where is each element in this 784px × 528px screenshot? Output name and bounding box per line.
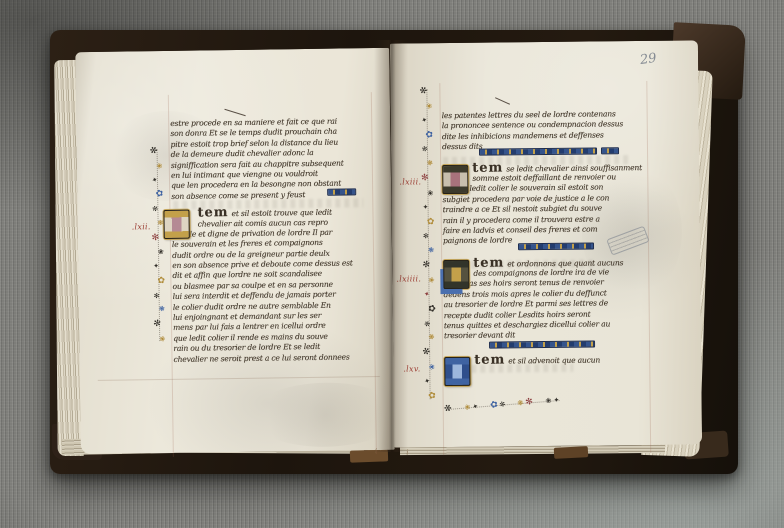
vine-sprig-icon: ✿ [158, 277, 166, 286]
illuminated-initial-icon [443, 259, 469, 288]
right-intro-text: les patentes lettres du seel de lordre c… [442, 109, 646, 153]
vine-sprig-icon: ❀ [427, 190, 433, 197]
manuscript-line: temet sil advenoit que aucun [444, 354, 648, 367]
vine-sprig-icon: ❀ [159, 335, 166, 343]
vine-sprig-icon: ✿ [425, 130, 435, 141]
item-display-word: tem [474, 352, 505, 367]
vine-sprig-icon: ✦ [153, 263, 159, 270]
vine-sprig-icon: ❀ [428, 277, 435, 285]
vine-sprig-icon: ✻ [422, 347, 432, 358]
vine-sprig-icon: ✿ [427, 304, 437, 315]
line-filler-bar [327, 188, 356, 195]
section-lxv: temet sil advenoit que aucun [444, 354, 648, 367]
section-lxiii-body: rendre ledit colier le souverain sil est… [442, 182, 647, 246]
vine-sprig-icon: ✻ [422, 261, 431, 271]
vine-sprig-icon: ✦ [423, 204, 429, 211]
vine-sprig-icon: ✿ [428, 391, 437, 401]
line-text: se ledit chevalier ainsi souffisanment [506, 163, 642, 173]
vine-sprig-icon: ✻ [421, 146, 428, 154]
vine-sprig-icon: ❀ [158, 249, 164, 256]
vine-sprig-icon: ✦ [423, 290, 431, 298]
line-text: et sil estoit trouve que ledit [231, 208, 331, 218]
chapter-number-lxii: .lxii. [132, 223, 151, 231]
vine-sprig-icon: ✻ [423, 233, 429, 240]
section-lxii-body: chable et digne de privation de lordre I… [172, 227, 376, 365]
vine-sprig-icon: ✻ [153, 293, 159, 300]
section-lxiii: temse ledit chevalier ainsi souffisanmen… [442, 162, 647, 247]
vine-sprig-icon: ✻ [153, 320, 162, 330]
line-filler-bar [489, 340, 595, 348]
quire-mark: i [406, 449, 408, 456]
illuminated-initial-icon [163, 210, 189, 239]
vine-sprig-icon: ❃ [427, 160, 434, 168]
vine-sprig-icon: ✦ [424, 377, 432, 385]
vine-sprig-icon: ❃ [158, 306, 165, 314]
vine-sprig-icon: ❃ [428, 247, 435, 255]
line-filler-bar [479, 147, 597, 155]
section-lxiiii: temet ordonnons que quant aucuns des com… [443, 257, 648, 342]
section-lxii: temet sil estoit trouve que ledit cheval… [171, 206, 375, 365]
vine-sprig-icon: ✻ [152, 206, 159, 214]
chapter-number-lxv: .lxv. [403, 365, 420, 373]
vine-sprig-icon: ❀ [425, 102, 433, 111]
left-page: estre procede en sa maniere et fait ce q… [75, 48, 395, 454]
vine-border-right-page: ✻❀✦✿✻❃✻❀✦✿✻❃✻❀✦✿✻❃✻❀✦✿ [418, 87, 437, 401]
line-filler-bar [601, 147, 619, 154]
line-filler-bar [518, 242, 594, 249]
section-lxiiii-body: a trespas ses hoirs seront tenus de renv… [443, 277, 648, 341]
folio-number: 29 [639, 52, 657, 67]
vine-sprig-icon: ❀ [428, 363, 436, 372]
right-page: 29 les patentes lettres du seel de lordr… [390, 40, 702, 447]
chapter-number-lxiii: .lxiii. [399, 178, 421, 186]
vine-sprig-icon: ✻ [421, 174, 430, 184]
smudge-stain [250, 382, 401, 448]
vine-sprig-icon: ✦ [421, 116, 429, 125]
vine-sprig-icon: ✻ [423, 320, 431, 329]
vine-sprig-icon: ❃ [428, 334, 436, 343]
left-text-column: estre procede en sa maniere et fait ce q… [170, 116, 375, 365]
chapter-number-lxiiii: .lxiiii. [396, 275, 421, 283]
vine-sprig-icon: ✻ [151, 233, 160, 243]
line-text: et sil advenoit que aucun [508, 355, 600, 365]
manuscript-photograph: estre procede en sa maniere et fait ce q… [0, 0, 784, 528]
vine-sprig-icon: ✻ [419, 86, 430, 97]
illuminated-initial-icon [444, 357, 470, 386]
illuminated-initial-icon [442, 164, 468, 193]
manuscript-line: la prononcee sentence ou condempnacion d… [442, 119, 646, 132]
vine-sprig-icon: ✿ [427, 218, 435, 227]
quire-mark: i · [375, 448, 382, 455]
